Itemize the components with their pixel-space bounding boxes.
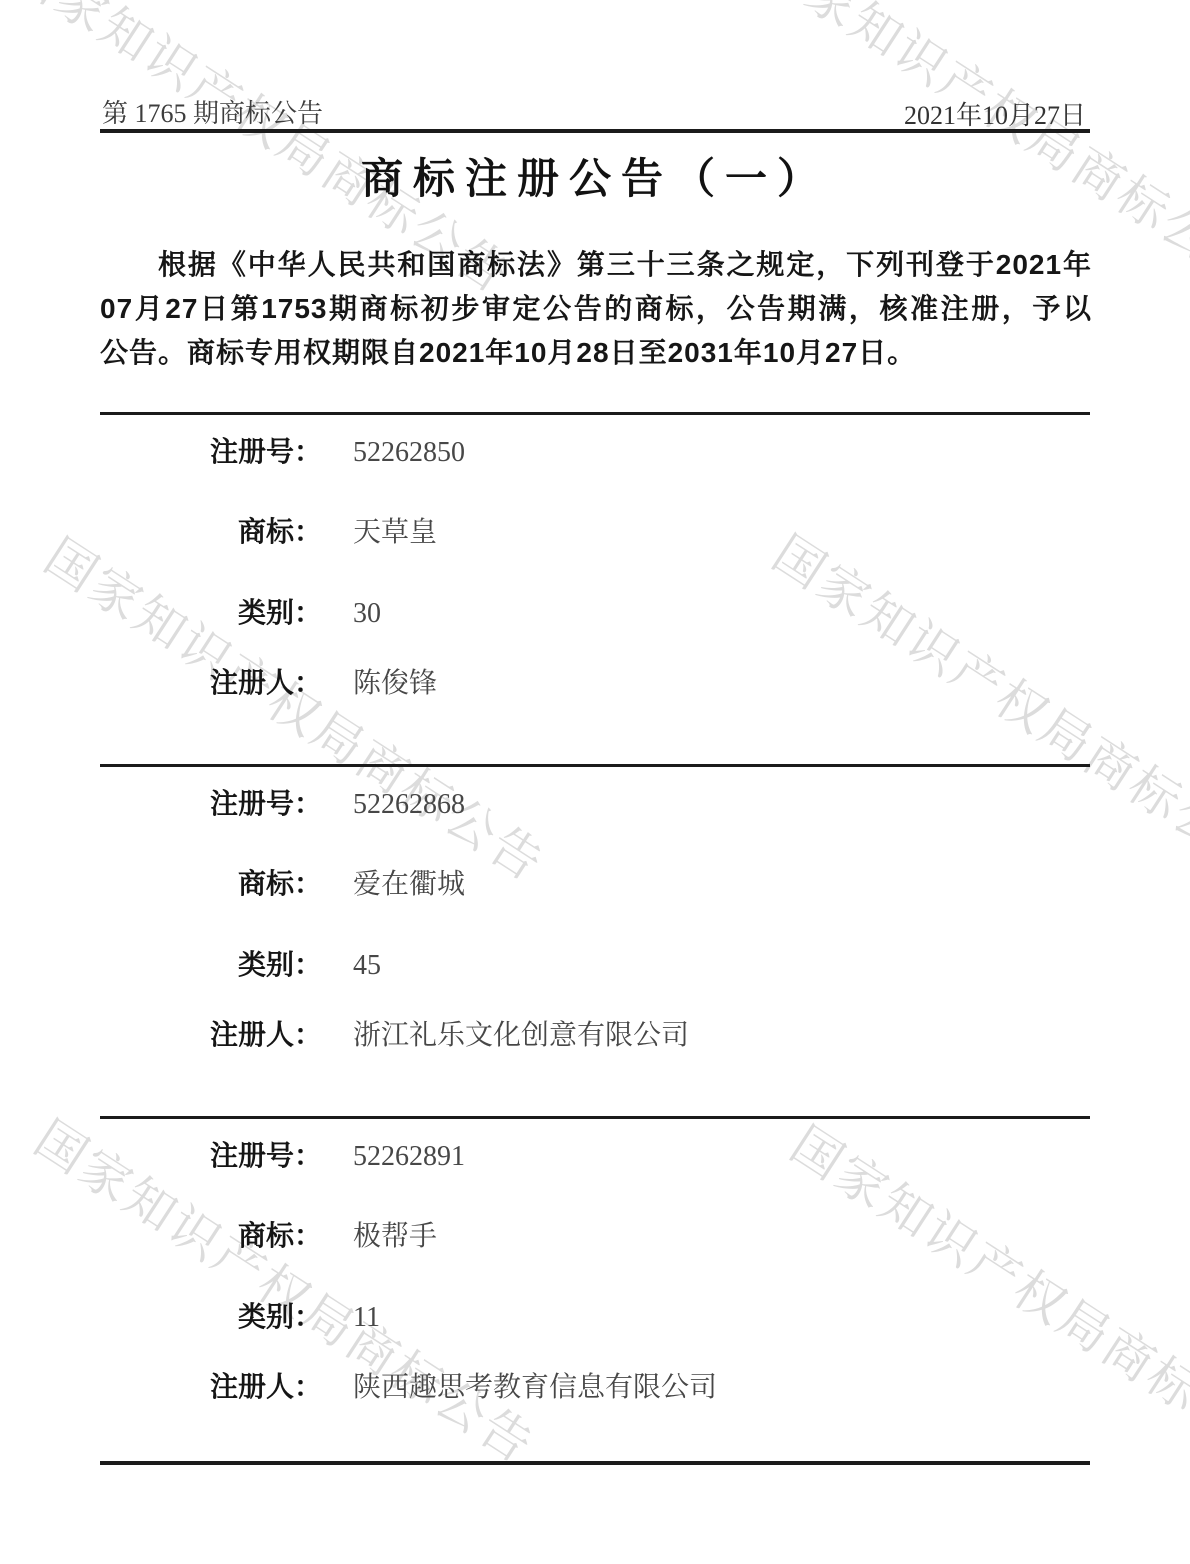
registrant-value: 陈俊锋 <box>353 661 437 701</box>
registrant-label: 注册人： <box>100 661 322 701</box>
trademark-value: 极帮手 <box>353 1214 437 1254</box>
reg-no-row: 注册号： 52262891 <box>100 1134 465 1174</box>
trademark-row: 商标： 天草皇 <box>100 510 437 550</box>
reg-no-row: 注册号： 52262850 <box>100 430 465 470</box>
trademark-value: 爱在衢城 <box>353 862 465 902</box>
registrant-row: 注册人： 浙江礼乐文化创意有限公司 <box>100 1013 689 1053</box>
trademark-record: 注册号： 52262891 商标： 极帮手 类别： 11 注册人： 陕西趣思考教… <box>100 1116 1090 1466</box>
category-label: 类别： <box>100 591 322 631</box>
reg-no-row: 注册号： 52262868 <box>100 782 465 822</box>
trademark-row: 商标： 极帮手 <box>100 1214 437 1254</box>
category-row: 类别： 45 <box>100 943 381 983</box>
category-row: 类别： 11 <box>100 1295 380 1335</box>
registrant-value: 陕西趣思考教育信息有限公司 <box>353 1365 717 1405</box>
registrant-row: 注册人： 陕西趣思考教育信息有限公司 <box>100 1365 717 1405</box>
registrant-label: 注册人： <box>100 1013 322 1053</box>
reg-no-value: 52262850 <box>353 437 465 469</box>
trademark-label: 商标： <box>100 1214 322 1254</box>
trademark-label: 商标： <box>100 862 322 902</box>
registrant-label: 注册人： <box>100 1365 322 1405</box>
reg-no-value: 52262868 <box>353 789 465 821</box>
intro-line: 07月27日第1753期商标初步审定公告的商标，公告期满，核准注册，予以 <box>100 287 1092 331</box>
trademark-row: 商标： 爱在衢城 <box>100 862 465 902</box>
page-title: 商标注册公告（一） <box>0 146 1190 206</box>
category-row: 类别： 30 <box>100 591 381 631</box>
trademark-record: 注册号： 52262850 商标： 天草皇 类别： 30 注册人： 陈俊锋 <box>100 412 1090 762</box>
category-label: 类别： <box>100 943 322 983</box>
reg-no-label: 注册号： <box>100 430 322 470</box>
reg-no-value: 52262891 <box>353 1141 465 1173</box>
intro-paragraph: 根据《中华人民共和国商标法》第三十三条之规定，下列刊登于2021年 07月27日… <box>100 243 1092 375</box>
header-rule <box>100 129 1090 133</box>
intro-line: 根据《中华人民共和国商标法》第三十三条之规定，下列刊登于2021年 <box>100 243 1092 287</box>
bottom-rule <box>100 1461 1090 1465</box>
intro-line: 公告。商标专用权期限自2021年10月28日至2031年10月27日。 <box>100 331 1092 375</box>
reg-no-label: 注册号： <box>100 782 322 822</box>
category-value: 45 <box>353 950 381 982</box>
category-label: 类别： <box>100 1295 322 1335</box>
category-value: 11 <box>353 1302 380 1334</box>
registrant-value: 浙江礼乐文化创意有限公司 <box>353 1013 689 1053</box>
reg-no-label: 注册号： <box>100 1134 322 1174</box>
trademark-record: 注册号： 52262868 商标： 爱在衢城 类别： 45 注册人： 浙江礼乐文… <box>100 764 1090 1114</box>
gazette-page: 国家知识产权局商标公告 国家知识产权局商标公告 国家知识产权局商标公告 国家知识… <box>0 0 1190 1564</box>
gazette-date: 2021年10月27日 <box>904 95 1086 132</box>
gazette-issue-number: 第 1765 期商标公告 <box>102 93 323 130</box>
trademark-value: 天草皇 <box>353 510 437 550</box>
category-value: 30 <box>353 598 381 630</box>
trademark-label: 商标： <box>100 510 322 550</box>
registrant-row: 注册人： 陈俊锋 <box>100 661 437 701</box>
